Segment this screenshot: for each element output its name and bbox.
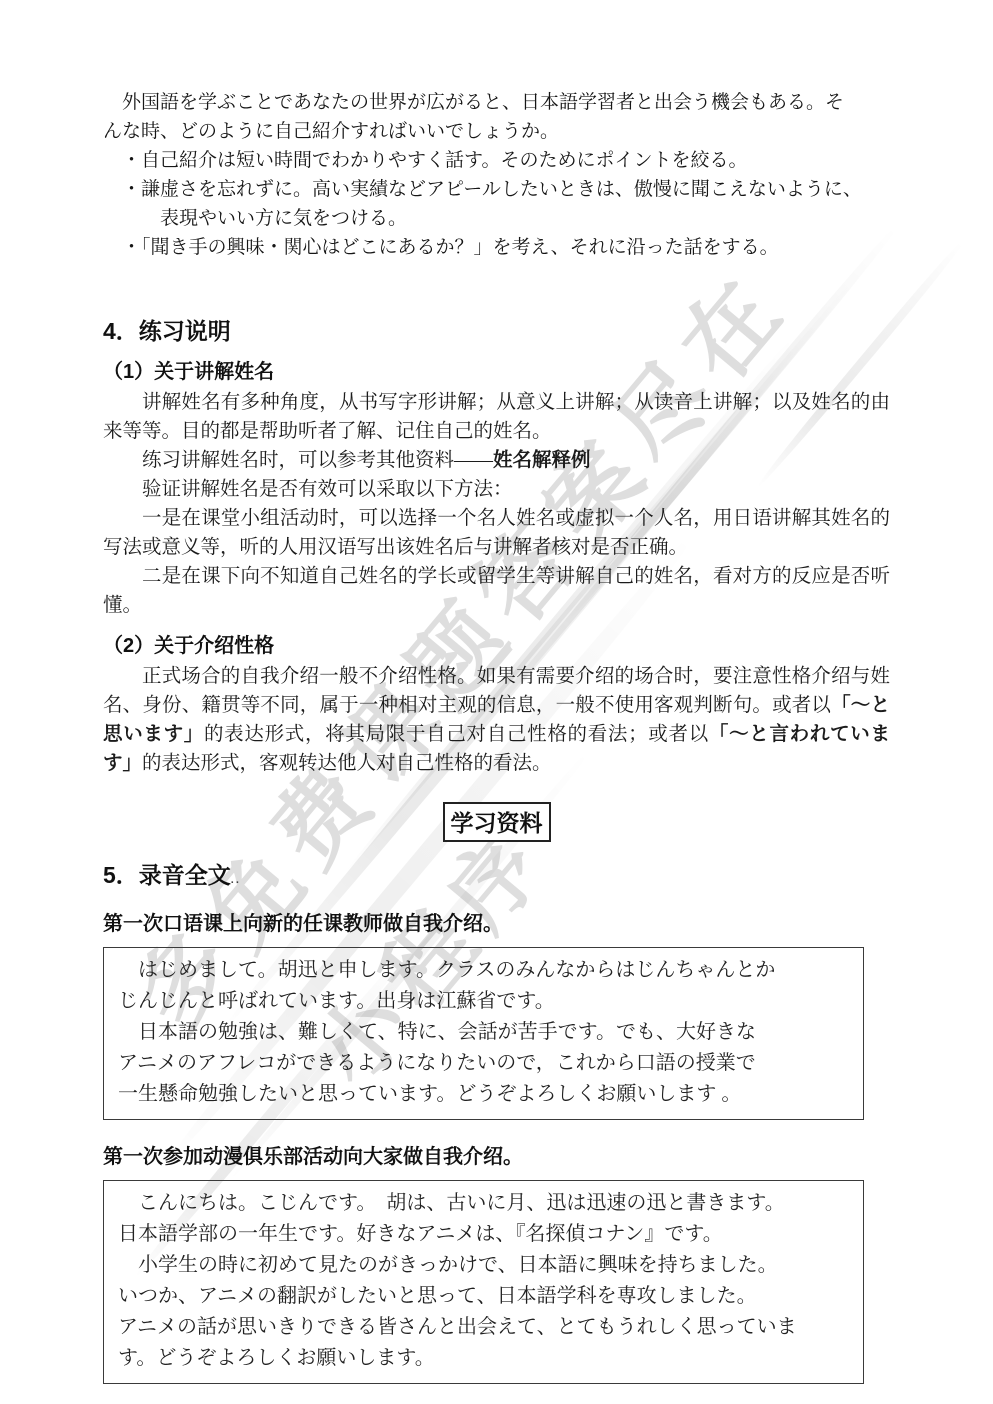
section-5-heading: 5．录音全文.. — [103, 860, 890, 895]
section-5-revision-dots: .. — [231, 874, 241, 886]
subsection-2-heading: （2）关于介绍性格 — [103, 632, 890, 660]
intro-bullet-1: ・自己紹介は短い時間でわかりやすく話す。そのためにポイントを絞る。 — [103, 146, 890, 175]
sub2-p1-text-a: 正式场合的自我介绍一般不介绍性格。如果有需要介绍的场合时，要注意性格介绍与姓名、… — [103, 666, 890, 716]
sub1-paragraph-1: 讲解姓名有多种角度，从书写字形讲解；从意义上讲解；从读音上讲解；以及姓名的由来等… — [103, 388, 890, 446]
section-5-title-text: 5．录音全文 — [103, 862, 231, 888]
sub2-paragraph-1: 正式场合的自我介绍一般不介绍性格。如果有需要介绍的场合时，要注意性格介绍与姓名、… — [103, 662, 890, 778]
document-page: 外国語を学ぶことであなたの世界が広がると、日本語学習者と出会う機会もある。そ ん… — [103, 88, 890, 1384]
sub2-p1-text-b: 的表达形式，将其局限于自己对自己性格的看法；或者以 — [204, 724, 709, 745]
intro-bullet-2: ・謙虚さを忘れずに。高い実績などアピールしたいときは、傲慢に聞こえないように、 … — [103, 175, 890, 233]
subsection-1-heading: （1）关于讲解姓名 — [103, 358, 890, 386]
intro-lead-paragraph: 外国語を学ぶことであなたの世界が広がると、日本語学習者と出会う機会もある。そ ん… — [103, 88, 890, 146]
sub1-paragraph-5: 二是在课下向不知道自己姓名的学长或留学生等讲解自己的姓名，看对方的反应是否听懂。 — [103, 562, 890, 620]
recording-caption-2: 第一次参加动漫俱乐部活动向大家做自我介绍。 — [103, 1144, 890, 1171]
sub1-paragraph-4: 一是在课堂小组活动时，可以选择一个名人姓名或虚拟一个人名，用日语讲解其姓名的写法… — [103, 504, 890, 562]
sub1-p2-text: 练习讲解姓名时，可以参考其他资料—— — [142, 450, 493, 471]
recording-transcript-box-1: はじめまして。胡迅と申します。クラスのみんなからはじんちゃんとか じんじんと呼ば… — [103, 947, 864, 1120]
sub1-paragraph-3: 验证讲解姓名是否有效可以采取以下方法： — [103, 475, 890, 504]
study-material-banner-row: 学习资料 — [103, 802, 890, 842]
recording-transcript-box-2: こんにちは。こじんです。 胡は、古いに月、迅は迅速の迅と書きます。 日本語学部の… — [103, 1180, 864, 1384]
sub1-paragraph-2: 练习讲解姓名时，可以参考其他资料——姓名解释例 — [103, 446, 890, 475]
study-material-banner: 学习资料 — [443, 802, 551, 842]
recording-caption-1: 第一次口语课上向新的任课教师做自我介绍。 — [103, 911, 890, 938]
section-4-heading: 4．练习说明 — [103, 316, 890, 346]
intro-bullet-3: ・「聞き手の興味・関心はどこにあるか？」を考え、それに沿った話をする。 — [103, 233, 890, 262]
sub2-p1-text-c: 的表达形式，客观转达他人对自己性格的看法。 — [142, 753, 552, 774]
sub1-p2-bold-term: 姓名解释例 — [493, 450, 591, 471]
